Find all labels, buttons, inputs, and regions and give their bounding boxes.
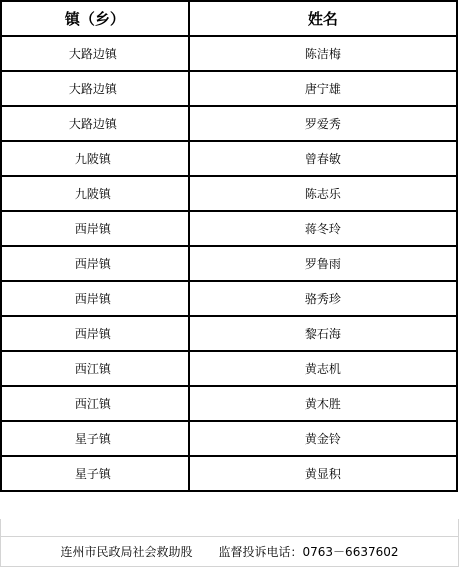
header-row: 镇（乡） 姓名	[1, 1, 457, 36]
town-cell: 西岸镇	[1, 211, 189, 246]
name-cell: 黄志机	[189, 351, 457, 386]
name-cell: 骆秀珍	[189, 281, 457, 316]
name-cell: 黄显积	[189, 456, 457, 491]
roster-table: 镇（乡） 姓名 大路边镇 陈洁梅 大路边镇 唐宁雄 大路边镇 罗爱秀 九陂镇 曾…	[0, 0, 458, 492]
header-name: 姓名	[189, 1, 457, 36]
town-cell: 星子镇	[1, 456, 189, 491]
header-town: 镇（乡）	[1, 1, 189, 36]
table-row: 大路边镇 唐宁雄	[1, 71, 457, 106]
town-cell: 九陂镇	[1, 176, 189, 211]
name-cell: 陈志乐	[189, 176, 457, 211]
table-row: 九陂镇 陈志乐	[1, 176, 457, 211]
town-cell: 大路边镇	[1, 36, 189, 71]
town-cell: 星子镇	[1, 421, 189, 456]
footer-department: 连州市民政局社会救助股	[61, 543, 193, 560]
town-cell: 西江镇	[1, 386, 189, 421]
name-cell: 罗爱秀	[189, 106, 457, 141]
table-row: 西江镇 黄木胜	[1, 386, 457, 421]
table-row: 星子镇 黄金铃	[1, 421, 457, 456]
name-cell: 黄金铃	[189, 421, 457, 456]
town-cell: 西江镇	[1, 351, 189, 386]
name-cell: 黄木胜	[189, 386, 457, 421]
footer: 连州市民政局社会救助股 监督投诉电话：0763－6637602	[0, 537, 459, 567]
town-cell: 九陂镇	[1, 141, 189, 176]
name-cell: 蒋冬玲	[189, 211, 457, 246]
table-row: 西江镇 黄志机	[1, 351, 457, 386]
town-cell: 西岸镇	[1, 246, 189, 281]
town-cell: 西岸镇	[1, 281, 189, 316]
town-cell: 大路边镇	[1, 71, 189, 106]
footer-hotline: 监督投诉电话：0763－6637602	[219, 543, 399, 560]
table-row: 西岸镇 骆秀珍	[1, 281, 457, 316]
name-cell: 黎石海	[189, 316, 457, 351]
table-row: 九陂镇 曾春敏	[1, 141, 457, 176]
table-row: 西岸镇 黎石海	[1, 316, 457, 351]
name-cell: 唐宁雄	[189, 71, 457, 106]
footer-spacer	[0, 519, 459, 537]
table-row: 大路边镇 陈洁梅	[1, 36, 457, 71]
table-row: 大路边镇 罗爱秀	[1, 106, 457, 141]
table-row: 星子镇 黄显积	[1, 456, 457, 491]
name-cell: 陈洁梅	[189, 36, 457, 71]
town-cell: 西岸镇	[1, 316, 189, 351]
name-cell: 曾春敏	[189, 141, 457, 176]
table-row: 西岸镇 蒋冬玲	[1, 211, 457, 246]
town-cell: 大路边镇	[1, 106, 189, 141]
table-row: 西岸镇 罗鲁雨	[1, 246, 457, 281]
name-cell: 罗鲁雨	[189, 246, 457, 281]
